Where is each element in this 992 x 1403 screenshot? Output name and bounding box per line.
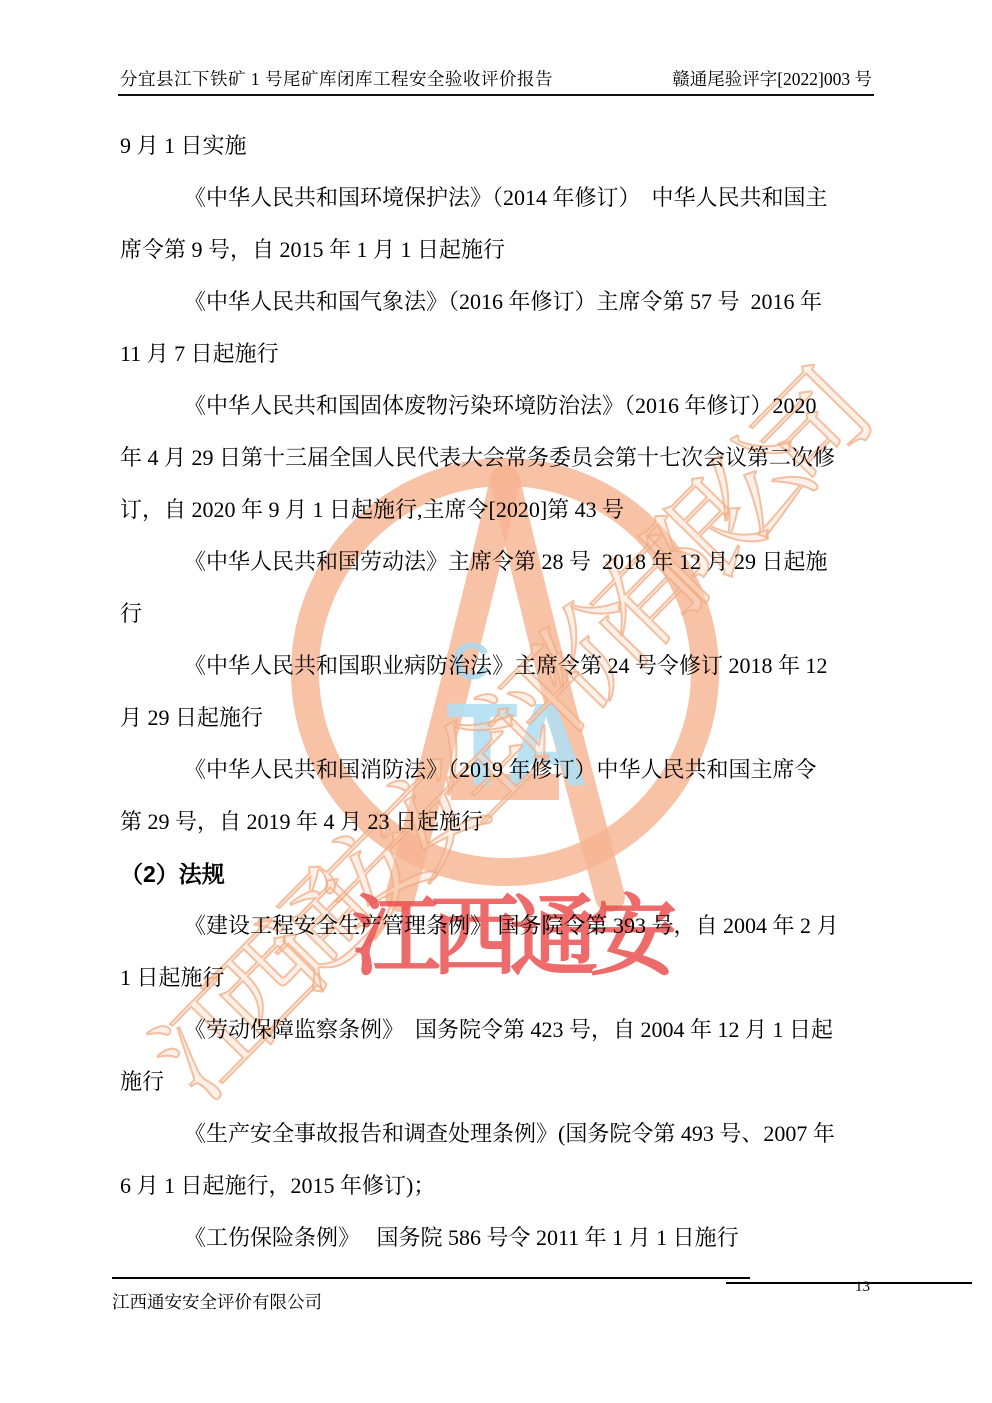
body-line: 席令第 9 号，自 2015 年 1 月 1 日起施行 xyxy=(120,224,874,276)
body-line: 《中华人民共和国劳动法》主席令第 28 号 2018 年 12 月 29 日起施 xyxy=(120,536,874,588)
footer-rule-right xyxy=(726,1282,972,1284)
body-line: 《中华人民共和国环境保护法》（2014 年修订） 中华人民共和国主 xyxy=(120,172,874,224)
header-report-title: 分宜县江下铁矿 1 号尾矿库闭库工程安全验收评价报告 xyxy=(120,66,553,91)
body-line: 第 29 号，自 2019 年 4 月 23 日起施行 xyxy=(120,796,874,848)
body-line: 年 4 月 29 日第十三届全国人民代表大会常务委员会第十七次会议第二次修 xyxy=(120,432,874,484)
header-doc-number: 赣通尾验评字[2022]003 号 xyxy=(672,66,872,91)
document-page: C TA 江西通安安全评价有限公司 江西通安 分宜县江下铁矿 1 号尾矿库闭库工… xyxy=(0,0,992,1403)
body-line: 《生产安全事故报告和调查处理条例》(国务院令第 493 号、2007 年 xyxy=(120,1108,874,1160)
body-line: 行 xyxy=(120,588,874,640)
body-line: 9 月 1 日实施 xyxy=(120,120,874,172)
body-line: 《中华人民共和国固体废物污染环境防治法》（2016 年修订）2020 xyxy=(120,380,874,432)
body-text: 9 月 1 日实施《中华人民共和国环境保护法》（2014 年修订） 中华人民共和… xyxy=(120,120,874,1264)
body-line: 《劳动保障监察条例》 国务院令第 423 号，自 2004 年 12 月 1 日… xyxy=(120,1004,874,1056)
body-line: 《中华人民共和国职业病防治法》主席令第 24 号令修订 2018 年 12 xyxy=(120,640,874,692)
footer-page-number: 13 xyxy=(855,1279,870,1296)
body-line: 《中华人民共和国气象法》（2016 年修订）主席令第 57 号 2016 年 xyxy=(120,276,874,328)
footer-company-name: 江西通安安全评价有限公司 xyxy=(112,1289,322,1314)
body-line: 《中华人民共和国消防法》（2019 年修订）中华人民共和国主席令 xyxy=(120,744,874,796)
body-line: 1 日起施行 xyxy=(120,952,874,1004)
body-line: 《建设工程安全生产管理条例》 国务院令第 393 号，自 2004 年 2 月 xyxy=(120,900,874,952)
body-line: 订，自 2020 年 9 月 1 日起施行,主席令[2020]第 43 号 xyxy=(120,484,874,536)
body-line: 施行 xyxy=(120,1056,874,1108)
header-rule xyxy=(118,94,874,96)
body-line: 6 月 1 日起施行，2015 年修订)； xyxy=(120,1160,874,1212)
section-heading: （2）法规 xyxy=(120,848,874,900)
body-line: 月 29 日起施行 xyxy=(120,692,874,744)
body-line: 《工伤保险条例》 国务院 586 号令 2011 年 1 月 1 日施行 xyxy=(120,1212,874,1264)
body-line: 11 月 7 日起施行 xyxy=(120,328,874,380)
footer-rule-left xyxy=(112,1277,750,1279)
